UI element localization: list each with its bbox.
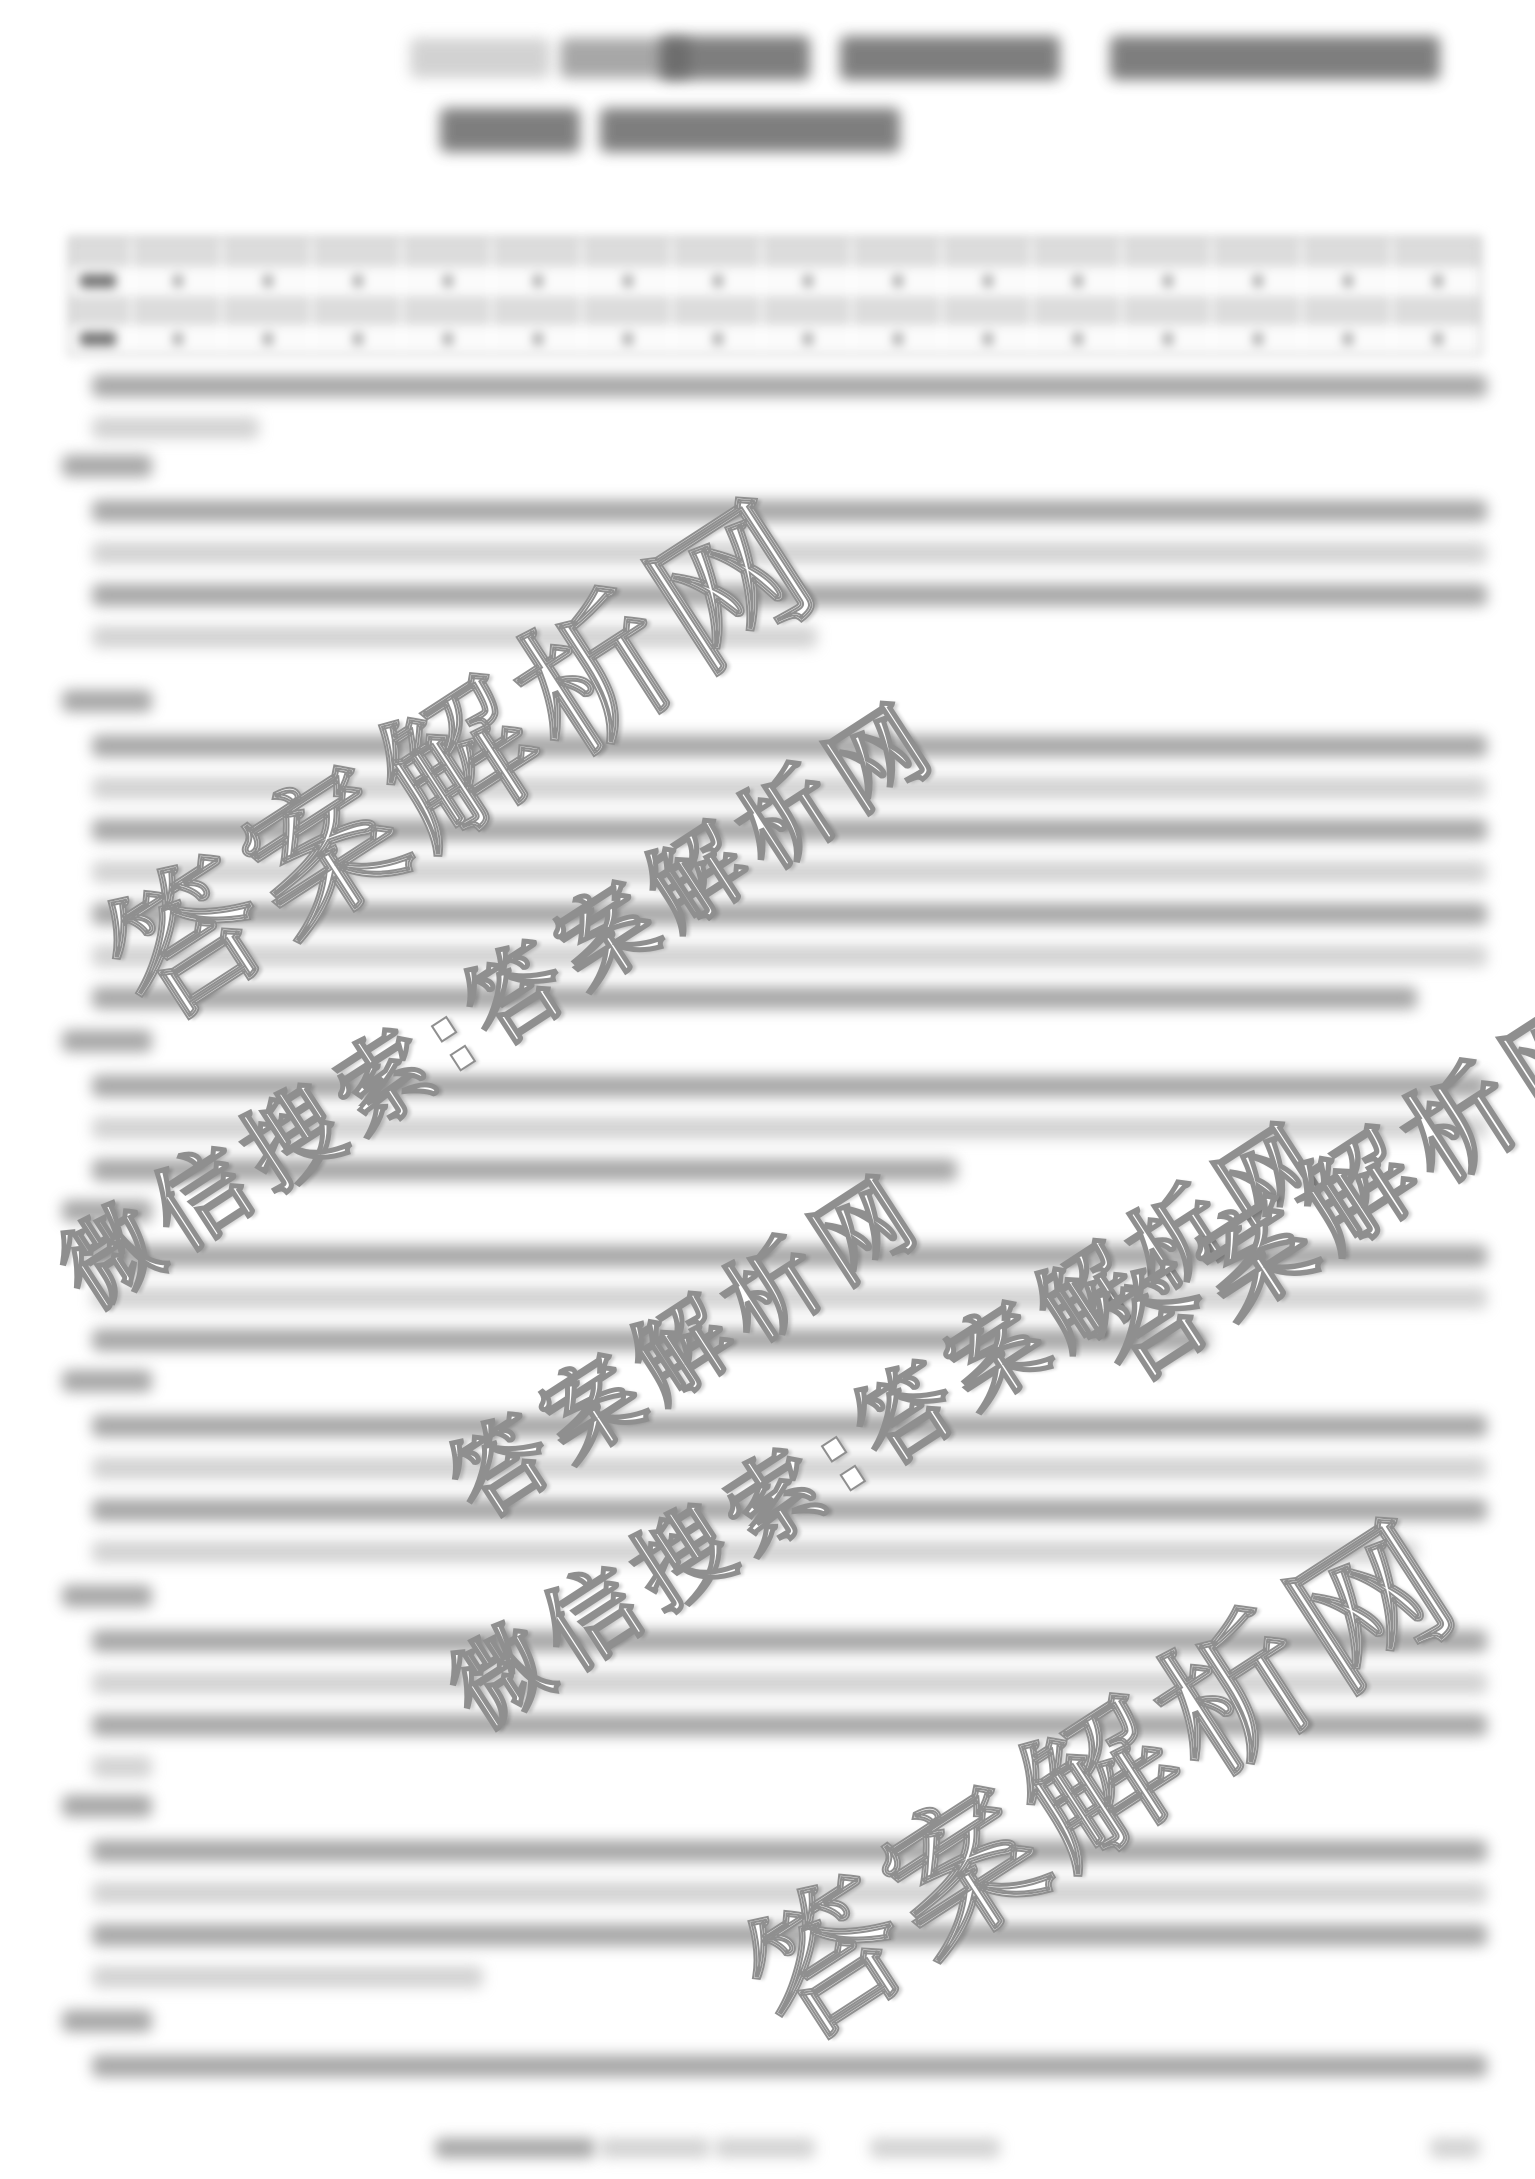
section-text-line	[92, 903, 1487, 925]
answer-table	[68, 236, 1482, 356]
section-text-line	[92, 777, 1487, 799]
table-cell	[940, 238, 1033, 267]
section-text-line	[92, 861, 1487, 883]
section-text-line	[92, 1840, 1487, 1862]
section-text-line	[92, 1159, 957, 1181]
table-cell	[1030, 238, 1123, 267]
table-cell	[760, 325, 853, 354]
row-label	[80, 274, 116, 288]
table-cell	[1030, 325, 1123, 354]
table-cell	[400, 325, 493, 354]
table-cell	[1120, 238, 1213, 267]
section-text-line	[92, 1541, 1417, 1563]
table-cell	[1030, 296, 1123, 325]
row-label	[80, 332, 116, 346]
section-text-line	[92, 500, 1487, 522]
section-text-line	[92, 1329, 1208, 1351]
table-cell	[760, 267, 853, 296]
table-cell	[1390, 325, 1483, 354]
table-cell	[760, 296, 853, 325]
table-cell	[580, 325, 673, 354]
table-cell	[310, 296, 403, 325]
table-cell	[670, 267, 763, 296]
section-heading	[62, 1370, 152, 1392]
table-cell	[310, 238, 403, 267]
table-cell	[490, 238, 583, 267]
table-cell	[670, 238, 763, 267]
section-heading	[62, 1200, 152, 1222]
section-text-line	[92, 1287, 1487, 1309]
table-cell	[1300, 296, 1393, 325]
table-cell	[1210, 238, 1303, 267]
table-cell	[1120, 325, 1213, 354]
table-cell	[400, 296, 493, 325]
table-cell	[1390, 296, 1483, 325]
table-cell	[1390, 238, 1483, 267]
table-cell	[130, 267, 223, 296]
table-row	[70, 325, 1480, 354]
section-heading	[62, 455, 152, 477]
table-cell	[940, 325, 1033, 354]
table-cell	[490, 296, 583, 325]
section-heading	[62, 1030, 152, 1052]
table-cell	[400, 267, 493, 296]
section-text-line	[92, 375, 1487, 397]
table-cell	[130, 238, 223, 267]
table-cell	[580, 296, 673, 325]
table-cell	[490, 267, 583, 296]
table-cell	[220, 238, 313, 267]
table-cell	[940, 267, 1033, 296]
section-text-line	[92, 1457, 1487, 1479]
section-text-line	[92, 1117, 1487, 1139]
section-heading	[62, 1795, 152, 1817]
section-text-line	[92, 1415, 1487, 1437]
table-cell	[400, 238, 493, 267]
table-cell	[220, 325, 313, 354]
table-cell	[580, 267, 673, 296]
table-cell	[1300, 325, 1393, 354]
table-cell	[940, 296, 1033, 325]
section-text-line	[92, 1245, 1487, 1267]
section-text-line	[92, 1672, 1487, 1694]
table-cell	[850, 296, 943, 325]
table-row	[70, 267, 1480, 296]
section-text-line	[92, 542, 1487, 564]
table-cell	[310, 267, 403, 296]
section-text-line	[92, 1924, 1487, 1946]
section-text-line	[92, 1882, 1487, 1904]
table-cell	[1390, 267, 1483, 296]
section-text-line	[92, 1499, 1487, 1521]
table-cell	[670, 325, 763, 354]
section-text-line	[92, 987, 1417, 1009]
table-cell	[850, 267, 943, 296]
section-text-line	[92, 735, 1487, 757]
table-cell	[130, 296, 223, 325]
section-heading	[62, 2010, 152, 2032]
table-cell	[1210, 267, 1303, 296]
table-cell	[220, 267, 313, 296]
table-cell	[1120, 267, 1213, 296]
section-heading	[62, 1585, 152, 1607]
table-cell	[1210, 325, 1303, 354]
table-cell	[850, 238, 943, 267]
section-text-line	[92, 626, 817, 648]
table-cell	[580, 238, 673, 267]
table-cell	[850, 325, 943, 354]
section-text-line	[92, 945, 1487, 967]
section-text-line	[92, 819, 1487, 841]
table-cell	[1030, 267, 1123, 296]
section-text-line	[92, 417, 259, 439]
table-cell	[310, 325, 403, 354]
table-cell	[1210, 296, 1303, 325]
section-heading	[62, 690, 152, 712]
table-cell	[220, 296, 313, 325]
section-text-line	[92, 1756, 152, 1778]
table-cell	[490, 325, 583, 354]
table-cell	[760, 238, 853, 267]
table-row	[70, 296, 1480, 325]
section-text-line	[92, 1075, 1487, 1097]
section-text-line	[92, 1714, 1487, 1736]
table-row	[70, 238, 1480, 267]
table-cell	[1300, 238, 1393, 267]
section-text-line	[92, 1630, 1487, 1652]
section-text-line	[92, 2055, 1487, 2077]
table-cell	[1300, 267, 1393, 296]
table-cell	[1120, 296, 1213, 325]
table-cell	[130, 325, 223, 354]
section-text-line	[92, 584, 1487, 606]
section-text-line	[92, 1966, 483, 1988]
table-cell	[670, 296, 763, 325]
